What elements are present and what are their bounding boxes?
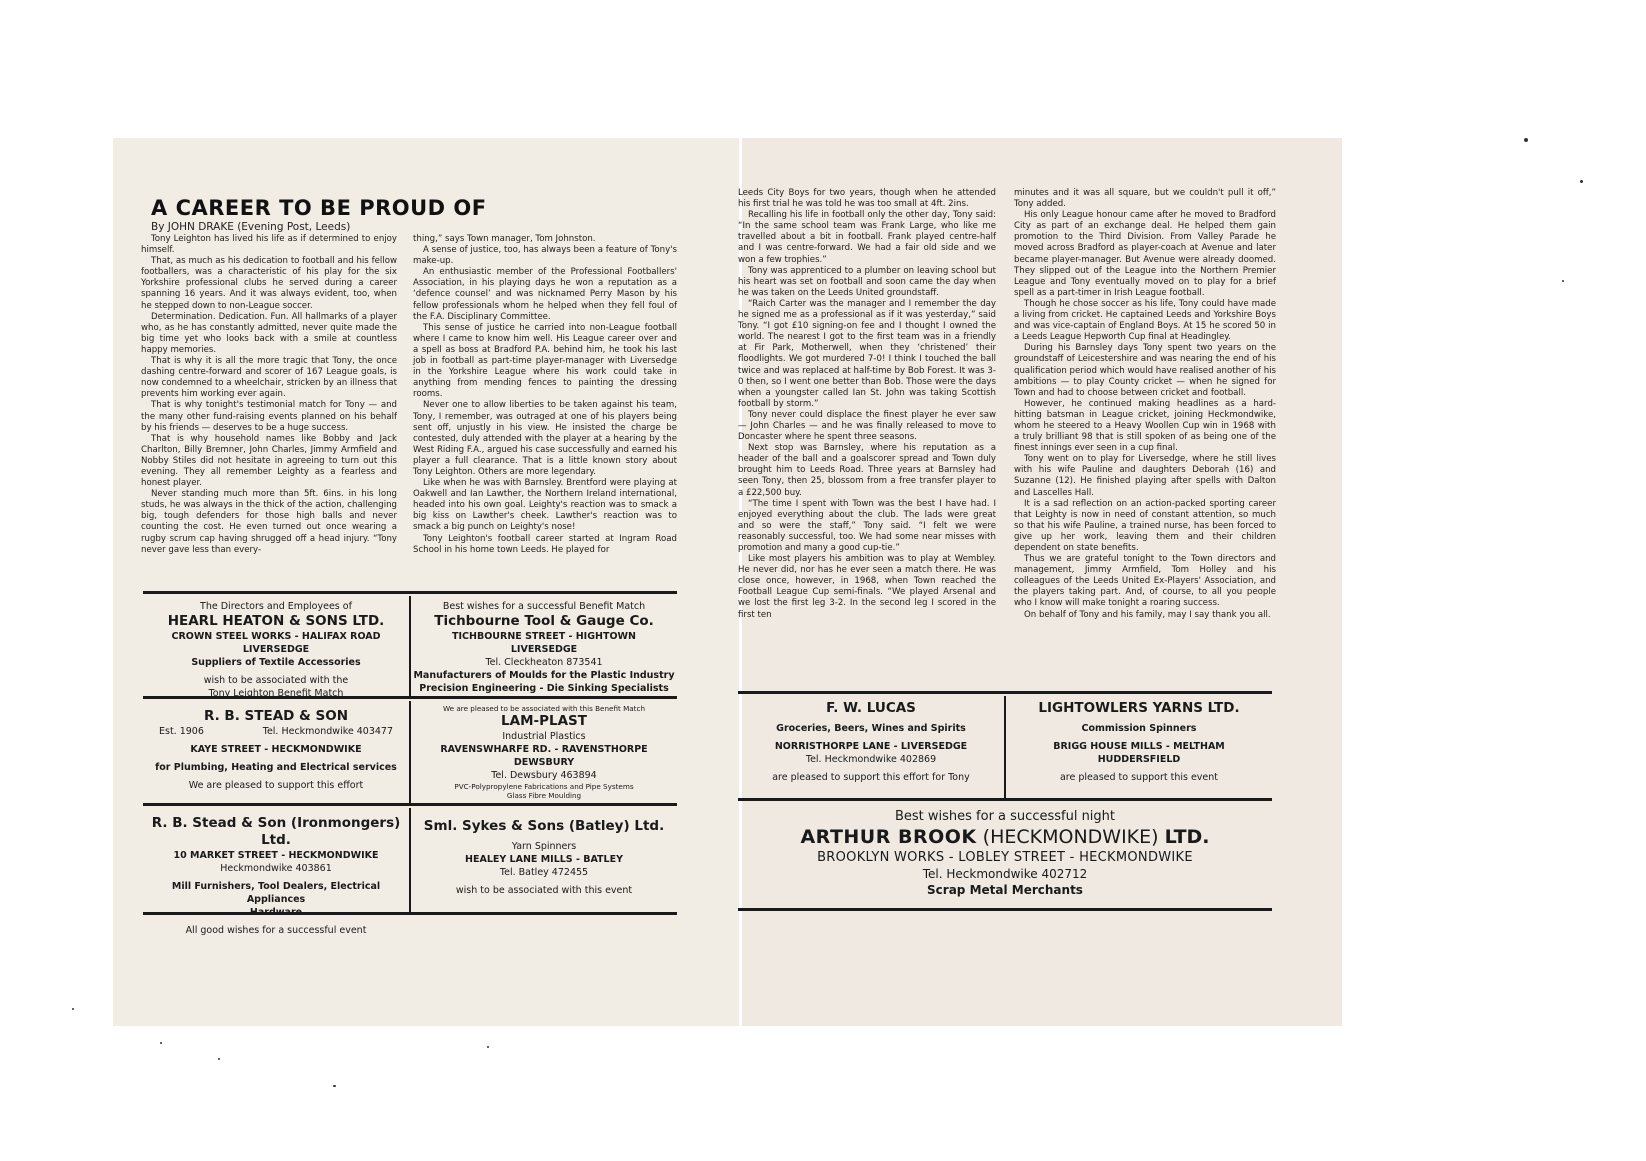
article-paragraph: Tony was apprenticed to a plumber on lea… bbox=[738, 266, 996, 299]
dust-speck bbox=[160, 1042, 162, 1044]
ad-company-name: LAM-PLAST bbox=[411, 713, 677, 730]
ad-address: NORRISTHORPE LANE - LIVERSEDGE bbox=[738, 740, 1004, 753]
ad-closing: Tony Leighton Benefit Match bbox=[143, 687, 409, 700]
ad-hearl-heaton: The Directors and Employees of HEARL HEA… bbox=[143, 600, 409, 700]
ad-address: BROOKLYN WORKS - LOBLEY STREET - HECKMON… bbox=[738, 849, 1272, 866]
ad-sml-sykes: Sml. Sykes & Sons (Batley) Ltd. Yarn Spi… bbox=[411, 818, 677, 897]
ad-lightowlers: LIGHTOWLERS YARNS LTD. Commission Spinne… bbox=[1006, 700, 1272, 784]
ad-subtitle: Industrial Plastics bbox=[411, 730, 677, 743]
ad-tagline: Manufacturers of Moulds for the Plastic … bbox=[411, 669, 677, 682]
ad-address: RAVENSWHARFE RD. - RAVENSTHORPE bbox=[411, 743, 677, 756]
article-paragraph: Tony Leighton's football career started … bbox=[413, 534, 677, 556]
article-paragraph: This sense of justice he carried into no… bbox=[413, 323, 677, 401]
article-paragraph: Like when he was with Barnsley. Brentfor… bbox=[413, 478, 677, 533]
ad-company-name: F. W. LUCAS bbox=[738, 700, 1004, 717]
ad-tagline: Suppliers of Textile Accessories bbox=[143, 656, 409, 669]
ad-telephone: Tel. Dewsbury 463894 bbox=[411, 769, 677, 782]
article-paragraph: Tony never could displace the finest pla… bbox=[738, 410, 996, 443]
ad-address: DEWSBURY bbox=[411, 756, 677, 769]
ad-intro: The Directors and Employees of bbox=[143, 600, 409, 613]
ad-telephone: Tel. Heckmondwike 403477 bbox=[263, 725, 393, 738]
ad-company-name: Sml. Sykes & Sons (Batley) Ltd. bbox=[411, 818, 677, 835]
article-paragraph: Like most players his ambition was to pl… bbox=[738, 554, 996, 621]
article-paragraph: That is why tonight's testimonial match … bbox=[141, 400, 397, 433]
article-paragraph: An enthusiastic member of the Profession… bbox=[413, 267, 677, 322]
ad-telephone: Tel. Cleckheaton 873541 bbox=[411, 656, 677, 669]
divider-rule bbox=[143, 803, 677, 806]
ad-closing: We are pleased to support this effort bbox=[143, 779, 409, 792]
ad-company-name: LIGHTOWLERS YARNS LTD. bbox=[1006, 700, 1272, 717]
dust-speck bbox=[333, 1085, 336, 1087]
dust-speck bbox=[1524, 138, 1528, 142]
dust-speck bbox=[487, 1046, 489, 1048]
article-paragraph: Recalling his life in football only the … bbox=[738, 210, 996, 265]
ad-name-part: LTD. bbox=[1165, 826, 1210, 848]
article-paragraph: Thus we are grateful tonight to the Town… bbox=[1014, 554, 1276, 609]
ad-intro: Best wishes for a successful night bbox=[738, 808, 1272, 825]
ad-closing: are pleased to support this event bbox=[1006, 771, 1272, 784]
article-paragraph: His only League honour came after he mov… bbox=[1014, 210, 1276, 299]
article-paragraph: “Raich Carter was the manager and I reme… bbox=[738, 299, 996, 410]
ad-name-part: (HECKMONDWIKE) bbox=[983, 826, 1159, 848]
ad-address: TICHBOURNE STREET - HIGHTOWN bbox=[411, 630, 677, 643]
article-paragraph: Never standing much more than 5ft. 6ins.… bbox=[141, 489, 397, 556]
article-paragraph: That is why it is all the more tragic th… bbox=[141, 356, 397, 400]
ad-tagline: PVC-Polypropylene Fabrications and Pipe … bbox=[411, 782, 677, 791]
article-paragraph: Leeds City Boys for two years, though wh… bbox=[738, 188, 996, 210]
ad-closing: wish to be associated with the bbox=[143, 674, 409, 687]
ad-lam-plast: We are pleased to be associated with thi… bbox=[411, 704, 677, 800]
left-page: A CAREER TO BE PROUD OF By JOHN DRAKE (E… bbox=[113, 138, 739, 1026]
ad-closing: wish to be associated with this event bbox=[411, 884, 677, 897]
article-column-2: thing,” says Town manager, Tom Johnston.… bbox=[413, 234, 677, 556]
article-column-1: Tony Leighton has lived his life as if d… bbox=[141, 234, 397, 556]
ad-company-name: R. B. Stead & Son (Ironmongers) Ltd. bbox=[143, 815, 409, 849]
article-paragraph: Next stop was Barnsley, where his reputa… bbox=[738, 443, 996, 498]
ad-rb-stead-ironmongers: R. B. Stead & Son (Ironmongers) Ltd. 10 … bbox=[143, 815, 409, 937]
ad-telephone: Tel. Heckmondwike 402712 bbox=[738, 866, 1272, 882]
ad-telephone: Tel. Heckmondwike 402869 bbox=[738, 753, 1004, 766]
ad-tagline: Glass Fibre Moulding bbox=[411, 791, 677, 800]
article-paragraph: However, he continued making headlines a… bbox=[1014, 399, 1276, 454]
dust-speck bbox=[1562, 280, 1564, 282]
ad-subtitle: Yarn Spinners bbox=[411, 840, 677, 853]
article-paragraph: Tony Leighton has lived his life as if d… bbox=[141, 234, 397, 256]
ad-subtitle: Groceries, Beers, Wines and Spirits bbox=[738, 722, 1004, 735]
article-paragraph: That is why household names like Bobby a… bbox=[141, 434, 397, 489]
ad-established: Est. 1906 bbox=[159, 725, 204, 738]
article-title: A CAREER TO BE PROUD OF bbox=[151, 196, 487, 220]
ad-tagline: Mill Furnishers, Tool Dealers, Electrica… bbox=[143, 880, 409, 906]
ad-tagline: Scrap Metal Merchants bbox=[738, 882, 1272, 899]
dust-speck bbox=[72, 1008, 74, 1010]
article-paragraph: thing,” says Town manager, Tom Johnston. bbox=[413, 234, 677, 245]
ad-tagline: for Plumbing, Heating and Electrical ser… bbox=[143, 761, 409, 774]
ad-address: LIVERSEDGE bbox=[411, 643, 677, 656]
article-paragraph: Never one to allow liberties to be taken… bbox=[413, 400, 677, 478]
ad-name-part: ARTHUR BROOK bbox=[800, 826, 976, 848]
ad-tagline: Hardware bbox=[143, 906, 409, 919]
divider-rule bbox=[738, 798, 1272, 801]
divider-rule bbox=[738, 691, 1272, 694]
article-column-4: minutes and it was all square, but we co… bbox=[1014, 188, 1276, 621]
ad-address: BRIGG HOUSE MILLS - MELTHAM bbox=[1006, 740, 1272, 753]
ad-address: KAYE STREET - HECKMONDWIKE bbox=[143, 743, 409, 756]
article-paragraph: Though he chose soccer as his life, Tony… bbox=[1014, 299, 1276, 343]
article-paragraph: That, as much as his dedication to footb… bbox=[141, 256, 397, 311]
ad-closing: All good wishes for a successful event bbox=[143, 924, 409, 937]
ad-address: HUDDERSFIELD bbox=[1006, 753, 1272, 766]
divider-rule bbox=[738, 908, 1272, 911]
divider-rule bbox=[143, 591, 677, 594]
article-paragraph: Tony went on to play for Liversedge, whe… bbox=[1014, 454, 1276, 498]
ad-intro: We are pleased to be associated with thi… bbox=[411, 704, 677, 713]
ad-company-name: HEARL HEATON & SONS LTD. bbox=[143, 613, 409, 630]
ad-tagline: Precision Engineering - Die Sinking Spec… bbox=[411, 682, 677, 695]
ad-telephone: Tel. Batley 472455 bbox=[411, 866, 677, 879]
article-paragraph: “The time I spent with Town was the best… bbox=[738, 499, 996, 554]
article-byline: By JOHN DRAKE (Evening Post, Leeds) bbox=[151, 221, 350, 233]
ad-subtitle: Commission Spinners bbox=[1006, 722, 1272, 735]
ad-closing: are pleased to support this effort for T… bbox=[738, 771, 1004, 784]
article-paragraph: On behalf of Tony and his family, may I … bbox=[1014, 610, 1276, 621]
article-paragraph: Determination. Dedication. Fun. All hall… bbox=[141, 312, 397, 356]
ad-telephone: Heckmondwike 403861 bbox=[143, 862, 409, 875]
ad-fw-lucas: F. W. LUCAS Groceries, Beers, Wines and … bbox=[738, 700, 1004, 784]
ad-address: LIVERSEDGE bbox=[143, 643, 409, 656]
right-page: Leeds City Boys for two years, though wh… bbox=[742, 138, 1342, 1026]
ad-address: CROWN STEEL WORKS - HALIFAX ROAD bbox=[143, 630, 409, 643]
ad-tichbourne: Best wishes for a successful Benefit Mat… bbox=[411, 600, 677, 695]
ad-address: HEALEY LANE MILLS - BATLEY bbox=[411, 853, 677, 866]
ad-intro: Best wishes for a successful Benefit Mat… bbox=[411, 600, 677, 613]
article-paragraph: A sense of justice, too, has always been… bbox=[413, 245, 677, 267]
ad-company-name: Tichbourne Tool & Gauge Co. bbox=[411, 613, 677, 630]
ad-company-name: R. B. STEAD & SON bbox=[143, 708, 409, 725]
ad-rb-stead: R. B. STEAD & SON Est. 1906 Tel. Heckmon… bbox=[143, 708, 409, 792]
article-paragraph: It is a sad reflection on an action-pack… bbox=[1014, 499, 1276, 554]
ad-company-name: ARTHUR BROOK (HECKMONDWIKE) LTD. bbox=[738, 825, 1272, 849]
dust-speck bbox=[1580, 180, 1583, 183]
ad-address: 10 MARKET STREET - HECKMONDWIKE bbox=[143, 849, 409, 862]
dust-speck bbox=[218, 1058, 220, 1060]
article-column-3: Leeds City Boys for two years, though wh… bbox=[738, 188, 996, 621]
article-paragraph: minutes and it was all square, but we co… bbox=[1014, 188, 1276, 210]
article-paragraph: During his Barnsley days Tony spent two … bbox=[1014, 343, 1276, 398]
ad-arthur-brook: Best wishes for a successful night ARTHU… bbox=[738, 808, 1272, 899]
